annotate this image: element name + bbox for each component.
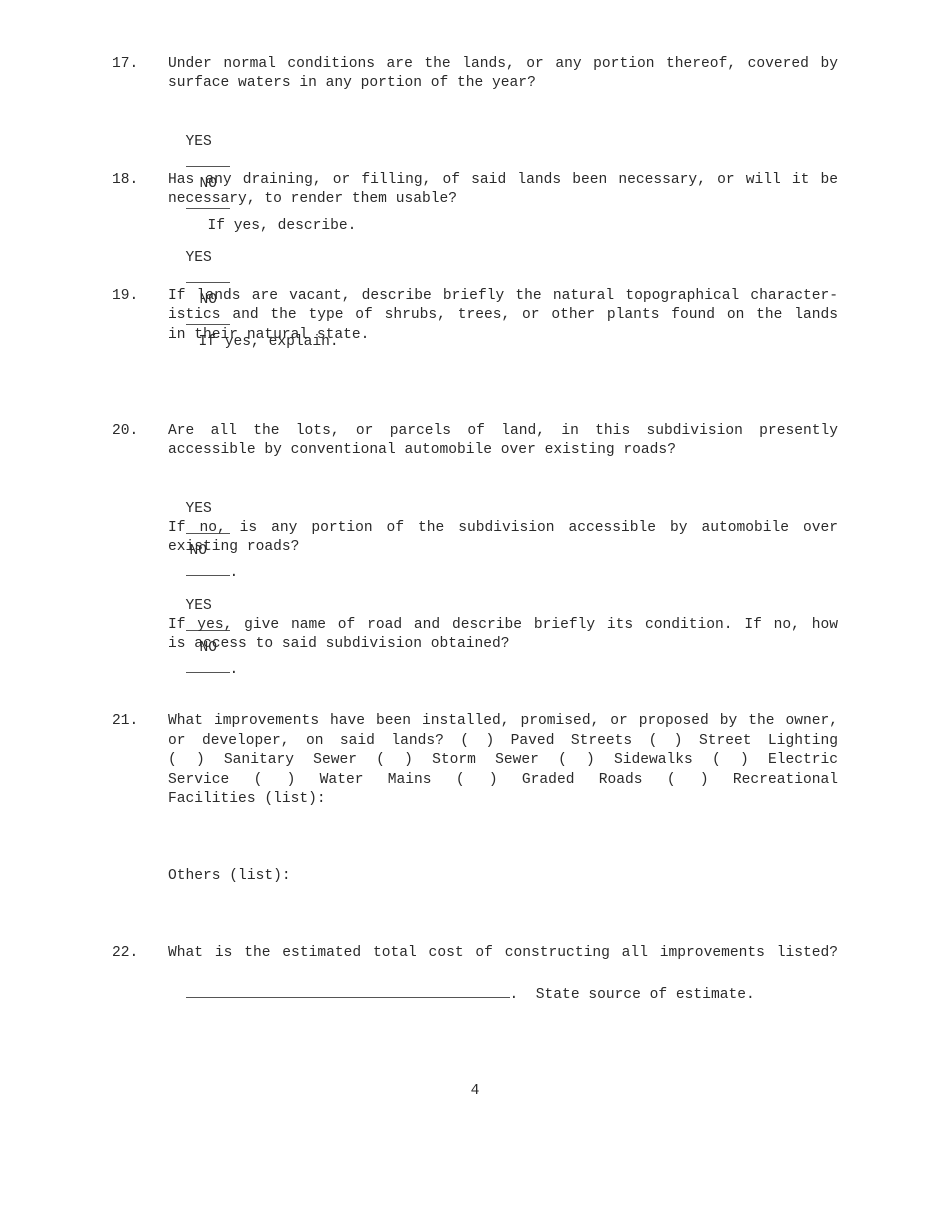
- question-number-18: 18.: [112, 171, 138, 191]
- question-21-line-3: ( ) Sanitary Sewer ( ) Storm Sewer ( ) S…: [168, 751, 838, 771]
- question-19-line-3: in their natural state.: [168, 326, 369, 346]
- question-20-line-1: Are all the lots, or parcels of land, in…: [168, 422, 838, 442]
- question-21-line-5: Facilities (list):: [168, 790, 326, 810]
- question-20-followup-line-2: is access to said subdivision obtained?: [168, 635, 510, 655]
- question-22-answer-row: . State source of estimate.: [168, 963, 755, 1005]
- yes-blank[interactable]: [186, 152, 230, 167]
- yes-label: YES: [186, 134, 212, 150]
- period: .: [230, 662, 239, 678]
- question-number-21: 21.: [112, 712, 138, 732]
- yes-label: YES: [186, 598, 212, 614]
- question-21-line-2: or developer, on said lands? ( ) Paved S…: [168, 732, 838, 752]
- question-number-17: 17.: [112, 55, 138, 75]
- page-number: 4: [0, 1082, 950, 1102]
- question-22-line-1: What is the estimated total cost of cons…: [168, 944, 838, 964]
- question-20-sub-line-1: If no, is any portion of the subdivision…: [168, 519, 838, 539]
- question-18-line-2: necessary, to render them usable?: [168, 190, 457, 210]
- question-20-line-2: accessible by conventional automobile ov…: [168, 441, 676, 461]
- yes-label: YES: [186, 250, 212, 266]
- question-17-line-1: Under normal conditions are the lands, o…: [168, 55, 838, 75]
- question-21-line-4: Service ( ) Water Mains ( ) Graded Roads…: [168, 771, 838, 791]
- question-number-22: 22.: [112, 944, 138, 964]
- question-21-others-label: Others (list):: [168, 867, 291, 887]
- question-19-line-2: istics and the type of shrubs, trees, or…: [168, 306, 838, 326]
- question-17-line-2: surface waters in any portion of the yea…: [168, 74, 536, 94]
- question-21-line-1: What improvements have been installed, p…: [168, 712, 838, 732]
- cost-estimate-blank[interactable]: [186, 983, 510, 998]
- no-blank[interactable]: [186, 561, 230, 576]
- yes-blank[interactable]: [186, 268, 230, 283]
- question-19-line-1: If lands are vacant, describe briefly th…: [168, 287, 838, 307]
- question-18-line-1: Has any draining, or filling, of said la…: [168, 171, 838, 191]
- source-of-estimate-text: . State source of estimate.: [510, 987, 755, 1003]
- question-20-followup-line-1: If yes, give name of road and describe b…: [168, 616, 838, 636]
- question-20-sub-line-2: existing roads?: [168, 538, 299, 558]
- no-blank[interactable]: [186, 658, 230, 673]
- yes-label: YES: [186, 501, 212, 517]
- question-number-19: 19.: [112, 287, 138, 307]
- question-number-20: 20.: [112, 422, 138, 442]
